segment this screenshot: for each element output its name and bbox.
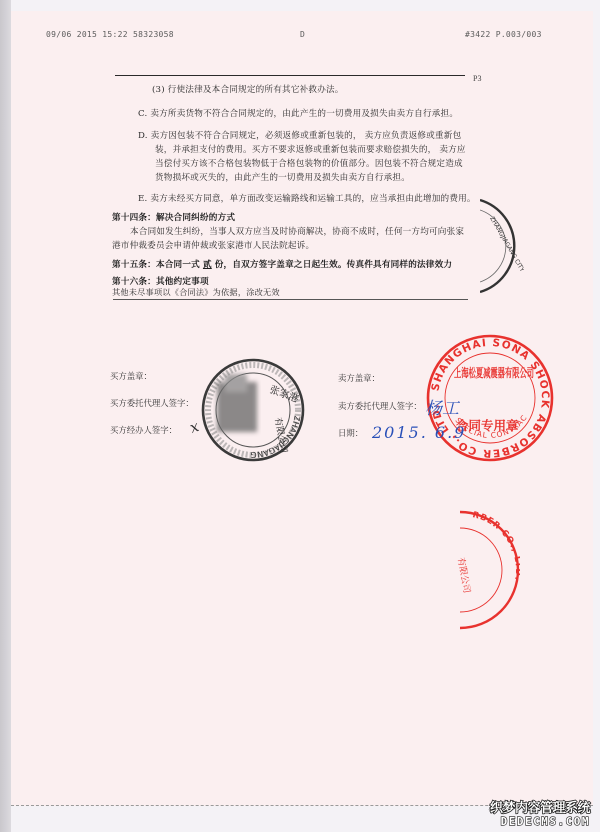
date-label: 日期： <box>338 427 363 439</box>
scanner-edge <box>0 0 11 832</box>
article-16-body: 其他未尽事项以《合同法》为依据，涂改无效 <box>112 287 280 298</box>
clause-item-d-line: 当偿付买方该不合格包装物低于合格包装物的价值部分。因包装不符合规定造成 <box>155 157 463 169</box>
buyer-company-seal: ZHANGJIAGANG 张家港 有限公司 <box>195 352 311 468</box>
article-15-copies: 贰 <box>200 260 215 270</box>
fax-header-code: D <box>300 30 305 39</box>
svg-text:RBER CO., LTD.: RBER CO., LTD. <box>471 510 520 582</box>
buyer-agent-label: 买方委托代理人签字： <box>110 397 194 409</box>
watermark-cn: 织梦内容管理系统 <box>490 797 590 816</box>
seller-seal-label: 卖方盖章： <box>338 372 380 384</box>
svg-text:有限公司: 有限公司 <box>455 556 473 594</box>
buyer-handler-label: 买方经办人签字： <box>110 424 177 436</box>
seller-agent-label: 卖方委托代理人签字： <box>338 400 422 412</box>
article-16-underline <box>113 299 468 300</box>
edge-seal-partial: ZHANGJIAGANG CITY <box>480 196 524 296</box>
page-marker: P3 <box>473 74 481 83</box>
seller-agent-signature: 杨工 <box>425 394 459 419</box>
clause-item-d-line: 货物损坏或灭失的，由此产生的一切费用及损失由卖方自行承担。 <box>155 171 410 183</box>
top-rule <box>115 75 465 76</box>
fax-header-datetime: 09/06 2015 15:22 58323058 <box>46 30 174 39</box>
fax-header-page-info: #3422 P.003/003 <box>465 30 542 39</box>
clause-item-e: E. 卖方未经买方同意，单方面改变运输路线和运输工具的，应当承担由此增加的费用。 <box>138 192 476 204</box>
clause-item-d-line: D. 卖方因包装不符合合同规定，必须返修或重新包装的， 卖方应负责返修或重新包 <box>138 129 461 141</box>
article-14-title: 第十四条：解决合同纠纷的方式 <box>112 211 235 223</box>
clause-remedy-3: (3) 行使法律及本合同规定的所有其它补救办法。 <box>152 83 344 95</box>
dedecms-watermark: 织梦内容管理系统 DEDECMS.COM <box>490 797 590 828</box>
article-15-prefix: 第十五条：本合同一式 <box>112 260 200 270</box>
article-14-body-line: 本合同如发生纠纷，当事人双方应当及时协商解决，协商不成时，任何一方均可向张家 <box>130 225 464 237</box>
article-16-title: 第十六条：其他约定事项 <box>112 275 209 287</box>
svg-text:上海松夏减震器有限公司: 上海松夏减震器有限公司 <box>454 365 534 380</box>
buyer-seal-label: 买方盖章： <box>110 370 152 382</box>
article-15-suffix: 份，自双方签字盖章之日起生效。传真件具有同样的法律效力 <box>215 260 452 270</box>
date-handwriting: 2015. 6.9 <box>372 423 466 442</box>
clause-item-d-line: 装，并承担支付的费用。买方不要求返修或重新包装而要求赔偿损失的， 卖方应 <box>155 143 466 155</box>
clause-item-c: C. 卖方所卖货物不符合合同规定的，由此产生的一切费用及损失由卖方自行承担。 <box>138 107 458 119</box>
article-15: 第十五条：本合同一式贰份，自双方签字盖章之日起生效。传真件具有同样的法律效力 <box>112 258 452 270</box>
watermark-en: DEDECMS.COM <box>490 815 590 828</box>
seller-seal-partial: RBER CO., LTD. 有限公司 <box>440 508 520 632</box>
article-14-body-line: 港市仲裁委员会申请仲裁或张家港市人民法院起诉。 <box>112 239 314 251</box>
svg-text:ZHANGJIAGANG CITY: ZHANGJIAGANG CITY <box>488 216 524 274</box>
